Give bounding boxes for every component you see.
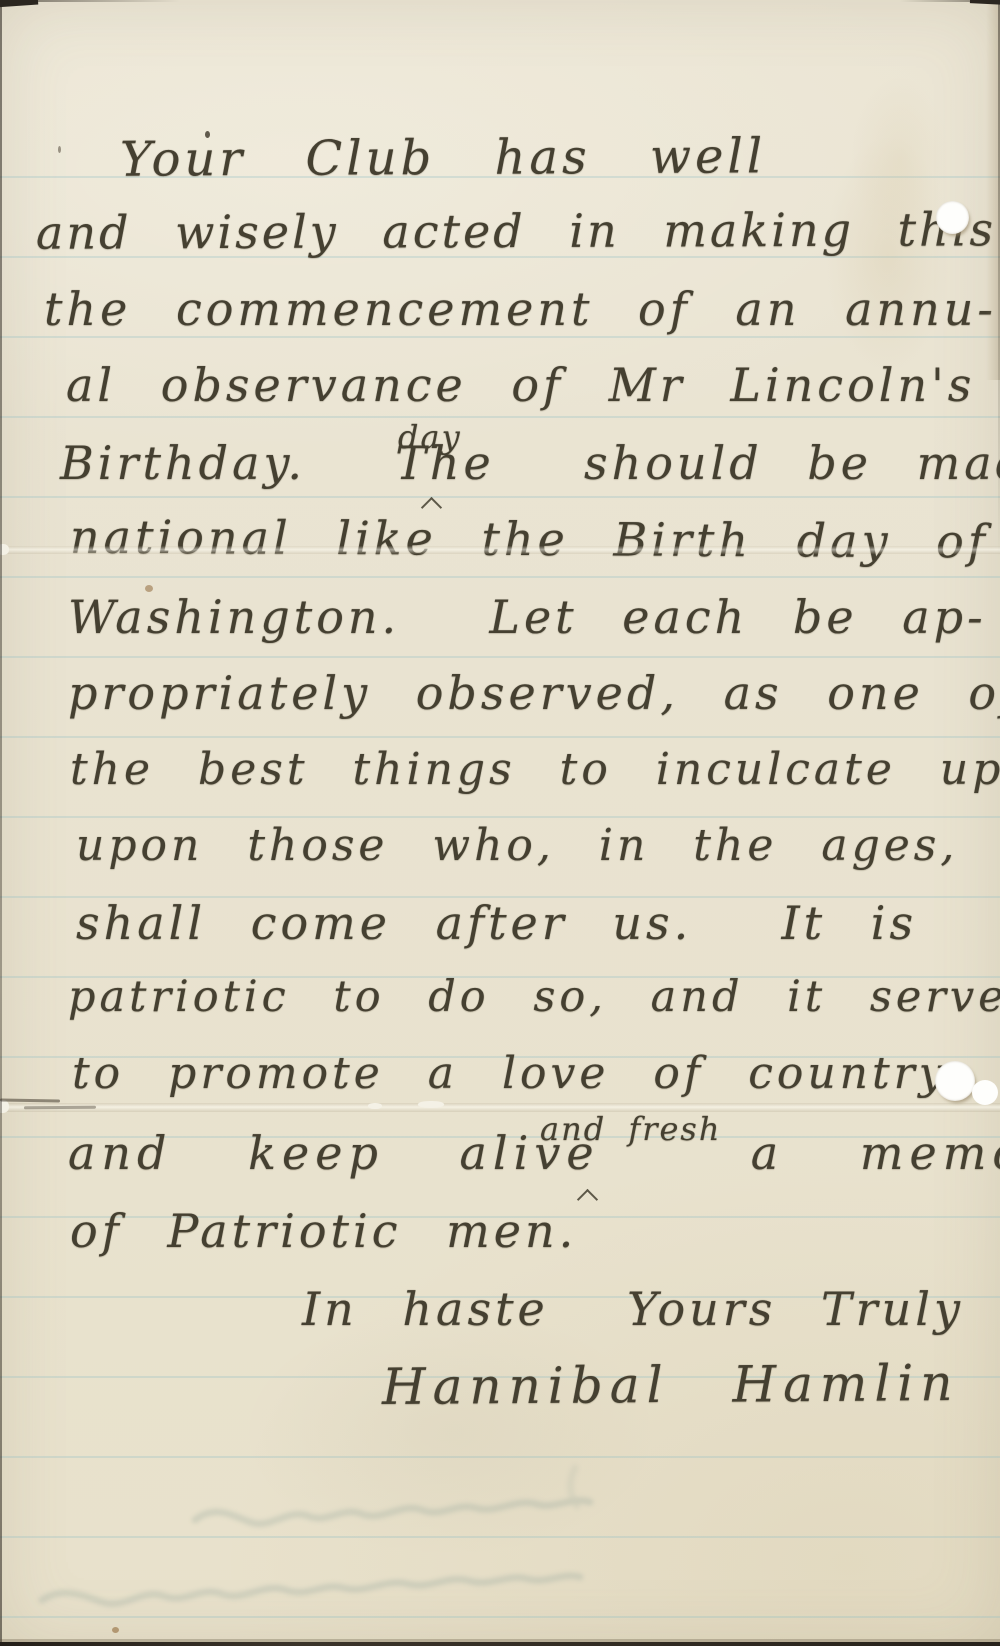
letter-line-13: to promote a love of country. bbox=[72, 1050, 960, 1098]
scan-edge-top bbox=[0, 0, 1000, 2]
letter-line-2: and wisely acted in making this bbox=[36, 204, 996, 258]
letter-line-15: of Patriotic men. bbox=[70, 1206, 577, 1257]
letter-line-6: national like the Birth day of bbox=[70, 512, 989, 567]
letter-line-11: shall come after us. It is bbox=[76, 898, 917, 949]
crease-ink-mark bbox=[0, 1098, 60, 1102]
letter-line-5: Birthday. The should be made bbox=[60, 438, 1000, 489]
letter-line-7: Washington. Let each be ap- bbox=[68, 592, 987, 643]
scan-corner-top-right bbox=[970, 0, 1000, 5]
insertion-caret-icon bbox=[577, 1189, 598, 1210]
letter-line-9: the best things to inculcate upon bbox=[70, 746, 1000, 794]
scan-corner-top-left bbox=[0, 0, 38, 8]
fold-tear bbox=[418, 1101, 444, 1108]
ink-speck bbox=[58, 146, 61, 153]
letter-line-12: patriotic to do so, and it serves bbox=[68, 974, 1000, 1021]
ink-speck bbox=[205, 131, 210, 138]
letter-line-10: upon those who, in the ages, bbox=[76, 822, 958, 870]
foxing-spot bbox=[145, 585, 153, 592]
scan-edge-bottom-soft bbox=[0, 1639, 1000, 1642]
foxing-spot bbox=[112, 1627, 119, 1633]
crease-ink-mark bbox=[24, 1106, 96, 1109]
fold-tear bbox=[0, 544, 9, 555]
fold-crease-lower bbox=[0, 1103, 1000, 1112]
fold-tear bbox=[0, 1100, 9, 1113]
closing-row: In haste Yours Truly bbox=[302, 1284, 964, 1335]
letter-line-3: the commencement of an annu- bbox=[44, 284, 997, 335]
scan-edge-left bbox=[0, 0, 2, 1646]
valediction: Yours Truly bbox=[627, 1284, 964, 1335]
punch-hole-top bbox=[936, 201, 969, 234]
letter-page: Your Club has well and wisely acted in m… bbox=[0, 0, 1000, 1646]
signature: Hannibal Hamlin bbox=[382, 1356, 960, 1415]
letter-line-4: al observance of Mr Lincoln's bbox=[66, 360, 975, 411]
letter-line-8: propriately observed, as one of bbox=[68, 668, 1000, 719]
punch-hole-bottom-blob bbox=[972, 1080, 998, 1105]
letter-line-1: Your Club has well bbox=[120, 130, 766, 186]
scan-edge-bottom bbox=[0, 1642, 1000, 1646]
punch-hole-bottom bbox=[935, 1061, 975, 1101]
fold-tear bbox=[368, 1103, 382, 1109]
letter-line-14: and keep alive a memory bbox=[68, 1128, 1000, 1179]
closing-in-haste: In haste bbox=[302, 1284, 549, 1335]
